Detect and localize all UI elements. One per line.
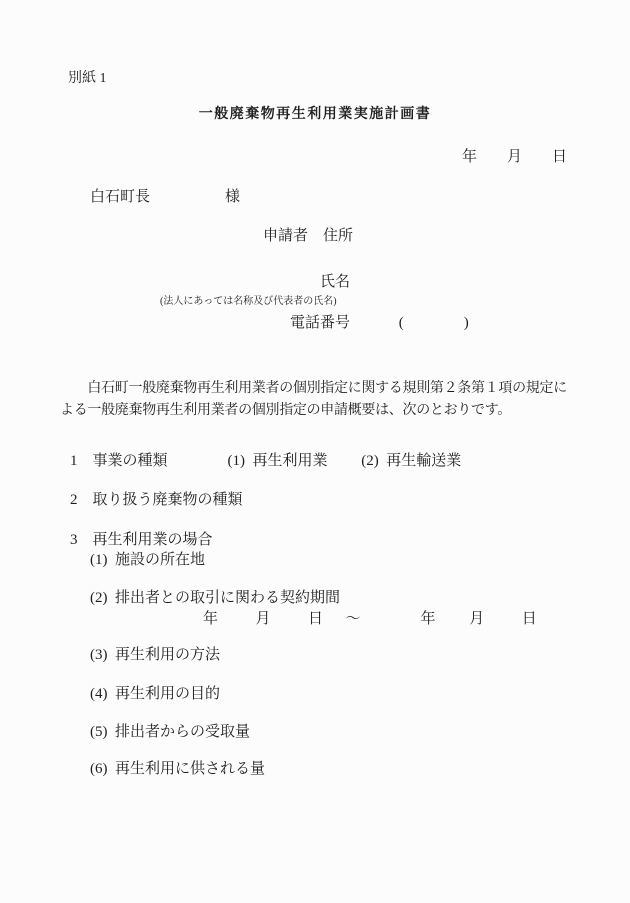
- subitem-recycling-purpose: (4) 再生利用の目的: [90, 685, 220, 704]
- subitem-facility-location: (1) 施設の所在地: [90, 551, 205, 570]
- subitem-contract-period-label: (2) 排出者との取引に関わる契約期間: [90, 589, 340, 608]
- body-paragraph-line-1: 白石町一般廃棄物再生利用業者の個別指定に関する規則第２条第１項の規定に: [60, 380, 567, 398]
- corporation-note: (法人にあっては名称及び代表者の氏名): [160, 296, 337, 309]
- applicant-name-line: 氏名: [320, 273, 350, 292]
- document-page: 別紙 1 一般廃棄物再生利用業実施計画書 年 月 日 白石町長 様 申請者 住所…: [0, 0, 630, 903]
- applicant-address-line: 申請者 住所: [263, 227, 353, 246]
- subitem-recycled-amount: (6) 再生利用に供される量: [90, 760, 265, 779]
- contract-period-date-line: 年 月 日 ～ 年 月 日: [203, 610, 537, 629]
- phone-line: 電話番号 ( ): [290, 314, 469, 333]
- addressee-line: 白石町長 様: [90, 188, 240, 207]
- attachment-label: 別紙 1: [68, 70, 107, 88]
- document-title: 一般廃棄物再生利用業実施計画書: [0, 106, 630, 124]
- date-line: 年 月 日: [462, 148, 567, 167]
- item-waste-type: 2 取り扱う廃棄物の種類: [70, 491, 243, 510]
- body-paragraph-line-2: よる一般廃棄物再生利用業者の個別指定の申請概要は、次のとおりです。: [60, 402, 511, 420]
- subitem-received-amount: (5) 排出者からの受取量: [90, 723, 250, 742]
- item-business-type: 1 事業の種類 (1) 再生利用業 (2) 再生輸送業: [70, 452, 461, 471]
- item-recycling-case: 3 再生利用業の場合: [70, 531, 213, 550]
- subitem-recycling-method: (3) 再生利用の方法: [90, 646, 220, 665]
